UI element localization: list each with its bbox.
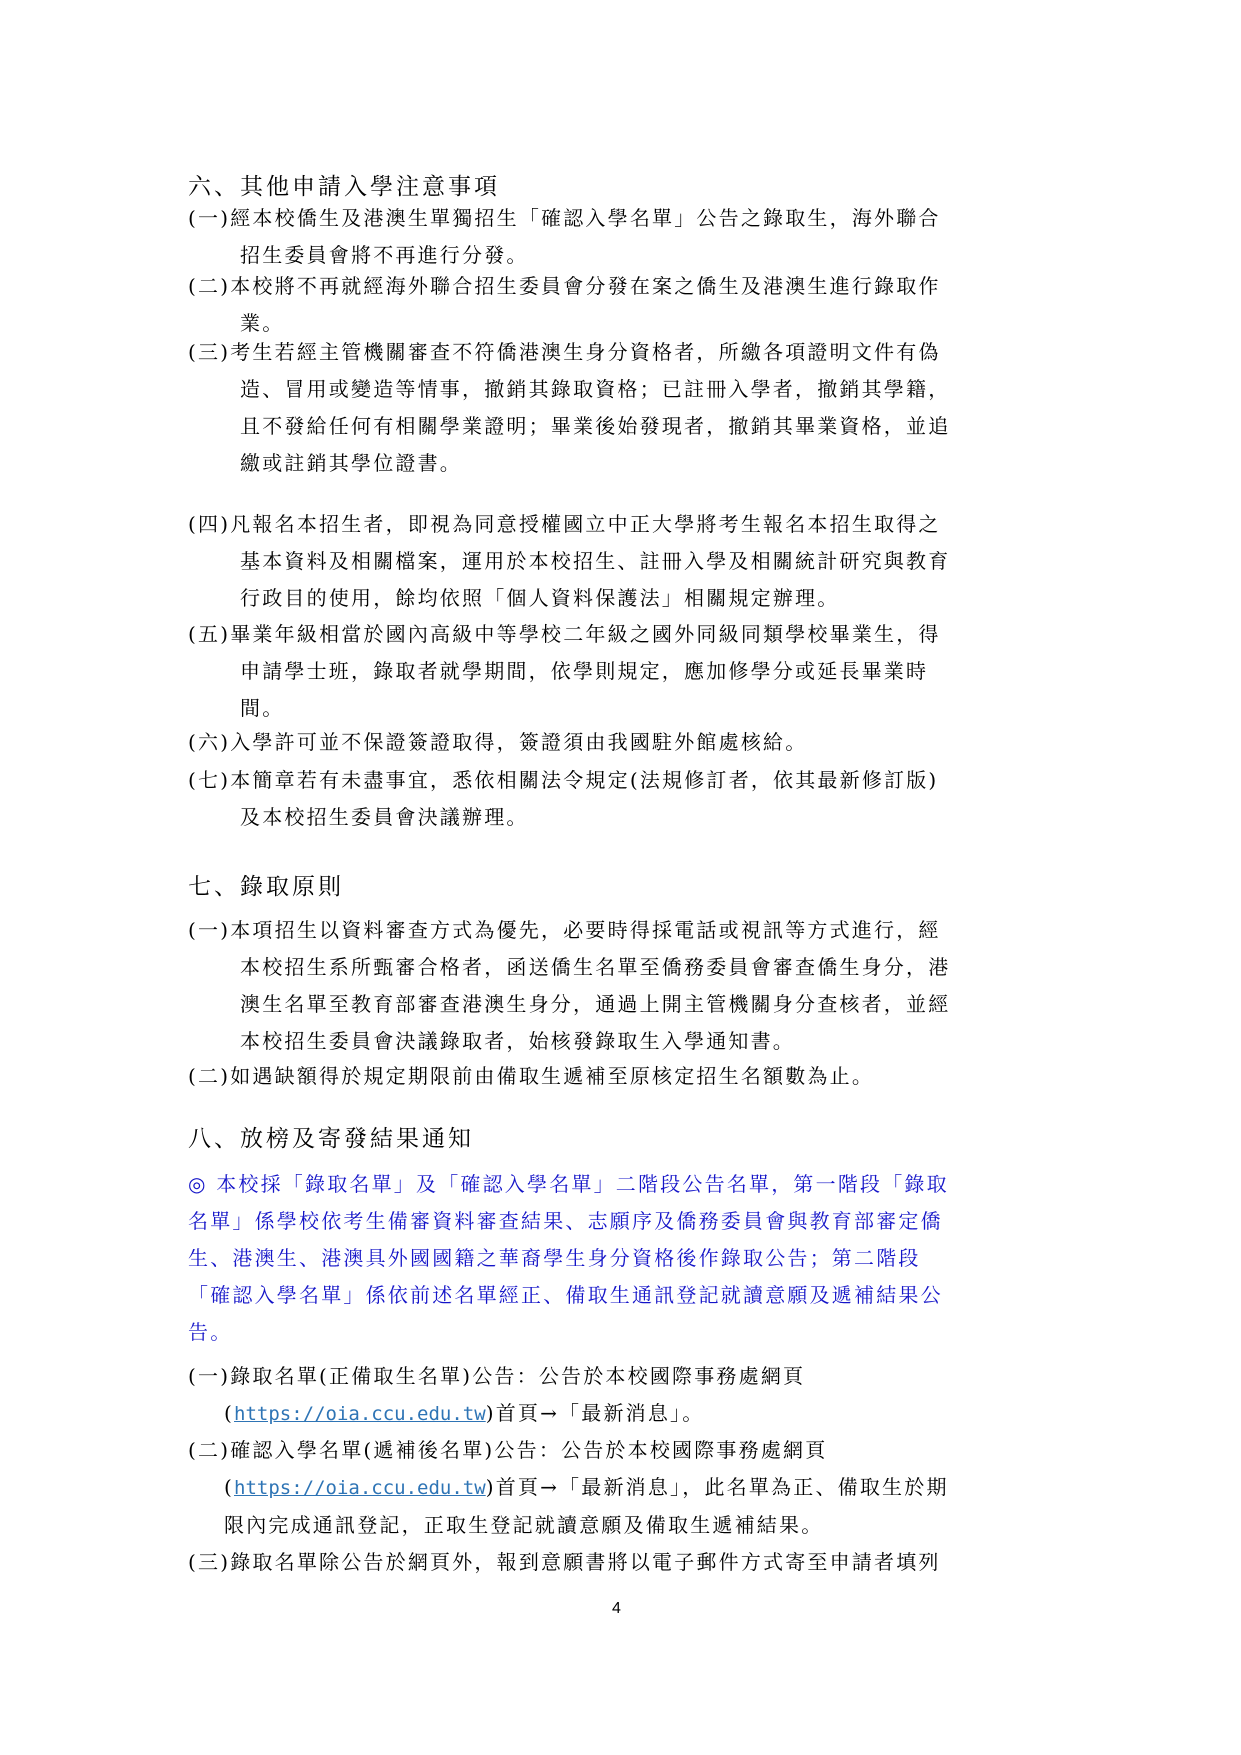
section-heading-7: 七、錄取原則 <box>188 868 344 901</box>
item-marker: (一) <box>188 206 230 230</box>
item-marker: (六) <box>188 730 230 754</box>
s6-item-5: (五)畢業年級相當於國內高級中等學校二年級之國外同級同類學校畢業生，得 申請學士… <box>188 616 1068 727</box>
item-marker: (四) <box>188 512 230 536</box>
oia-website-link[interactable]: https://oia.ccu.edu.tw <box>234 1403 486 1425</box>
s6-item-2: (二)本校將不再就經海外聯合招生委員會分發在案之僑生及港澳生進行錄取作 業。 <box>188 268 1068 342</box>
s7-item-1: (一)本項招生以資料審查方式為優先，必要時得採電話或視訊等方式進行，經 本校招生… <box>188 912 1068 1060</box>
item-marker: (三) <box>188 340 230 364</box>
item-marker: (一) <box>188 1364 230 1388</box>
s6-item-7: (七)本簡章若有未盡事宜，悉依相關法令規定(法規修訂者，依其最新修訂版) 及本校… <box>188 762 1068 836</box>
item-marker: (二) <box>188 1064 230 1088</box>
s7-item-2: (二)如遇缺額得於規定期限前由備取生遞補至原核定招生名額數為止。 <box>188 1058 1068 1095</box>
page-number: 4 <box>612 1600 621 1618</box>
s8-item-2: (二)確認入學名單(遞補後名單)公告：公告於本校國際事務處網頁 (https:/… <box>188 1432 1068 1544</box>
notice-paragraph: ◎ 本校採「錄取名單」及「確認入學名單」二階段公告名單，第一階段「錄取 名單」係… <box>188 1166 1068 1351</box>
s8-item-1: (一)錄取名單(正備取生名單)公告：公告於本校國際事務處網頁 (https://… <box>188 1358 1068 1433</box>
item-marker: (三) <box>188 1550 230 1574</box>
item-marker: (七) <box>188 768 230 792</box>
s6-item-1: (一)經本校僑生及港澳生單獨招生「確認入學名單」公告之錄取生，海外聯合 招生委員… <box>188 200 1068 274</box>
section-heading-8: 八、放榜及寄發結果通知 <box>188 1120 474 1153</box>
s6-item-3: (三)考生若經主管機關審查不符僑港澳生身分資格者，所繳各項證明文件有偽 造、冒用… <box>188 334 1068 482</box>
s8-item-3: (三)錄取名單除公告於網頁外，報到意願書將以電子郵件方式寄至申請者填列 <box>188 1544 1068 1581</box>
item-marker: (二) <box>188 274 230 298</box>
oia-website-link[interactable]: https://oia.ccu.edu.tw <box>234 1477 486 1499</box>
item-marker: (一) <box>188 918 230 942</box>
item-marker: (二) <box>188 1438 230 1462</box>
s6-item-4: (四)凡報名本招生者，即視為同意授權國立中正大學將考生報名本招生取得之 基本資料… <box>188 506 1068 617</box>
document-page: 六、其他申請入學注意事項 (一)經本校僑生及港澳生單獨招生「確認入學名單」公告之… <box>0 0 1241 1755</box>
section-heading-6: 六、其他申請入學注意事項 <box>188 168 500 201</box>
s6-item-6: (六)入學許可並不保證簽證取得，簽證須由我國駐外館處核給。 <box>188 724 1068 761</box>
item-marker: (五) <box>188 622 230 646</box>
